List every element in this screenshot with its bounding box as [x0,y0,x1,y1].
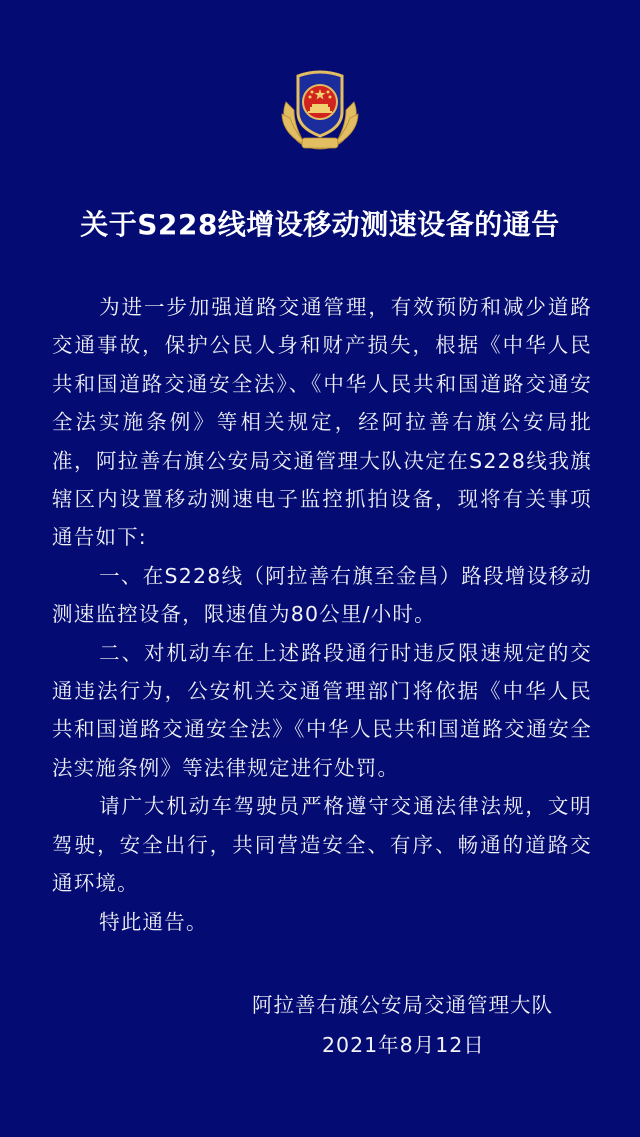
signature-date: 2021年8月12日 [322,1025,485,1065]
police-emblem-icon [272,62,368,158]
notice-title: 关于S228线增设移动测速设备的通告 [0,203,640,247]
appeal-paragraph: 请广大机动车驾驶员严格遵守交通法律法规，文明驾驶，安全出行，共同营造安全、有序、… [52,787,592,902]
item-one-paragraph: 一、在S228线（阿拉善右旗至金昌）路段增设移动测速监控设备，限速值为80公里/… [52,557,592,634]
intro-paragraph: 为进一步加强道路交通管理，有效预防和减少道路交通事故，保护公民人身和财产损失，根… [52,288,592,557]
item-two-paragraph: 二、对机动车在上述路段通行时违反限速规定的交通违法行为，公安机关交通管理部门将依… [52,634,592,788]
signature-organization: 阿拉善右旗公安局交通管理大队 [252,985,553,1025]
closing-paragraph: 特此通告。 [52,903,592,941]
notice-body: 为进一步加强道路交通管理，有效预防和减少道路交通事故，保护公民人身和财产损失，根… [52,288,592,941]
